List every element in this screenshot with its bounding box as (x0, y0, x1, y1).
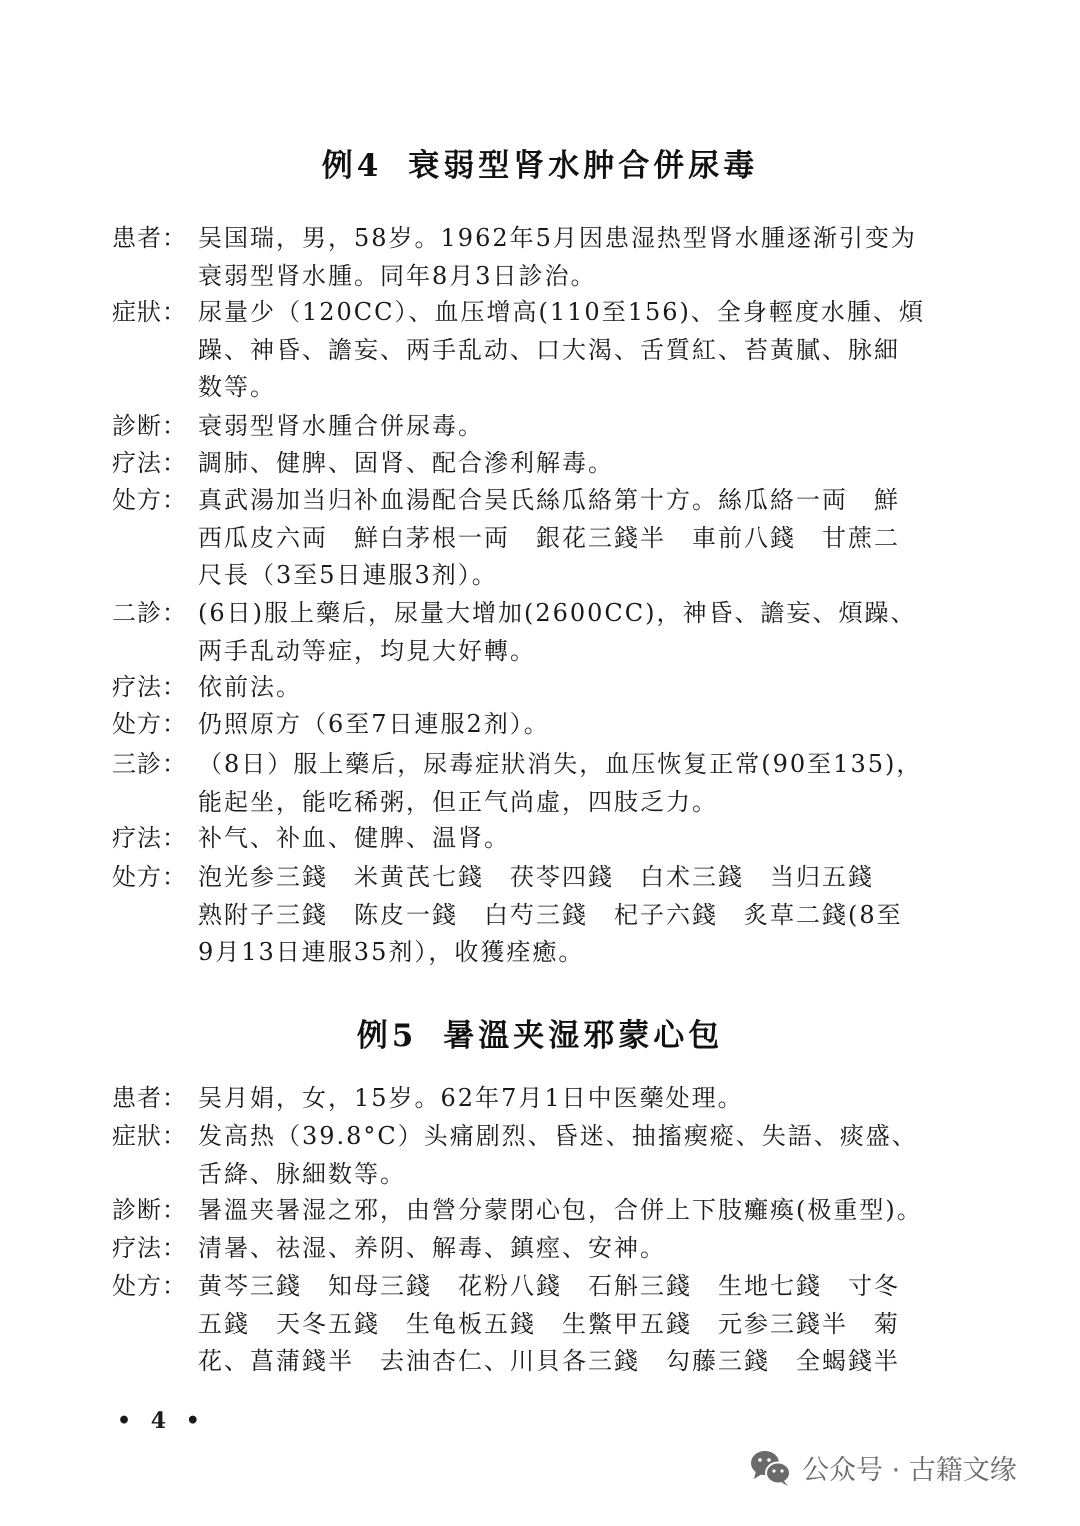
entry-line: 9月13日連服35剂），收獲痊癒。 (198, 934, 982, 972)
case5-diagnosis: 診断： 暑溫夹暑湿之邪，由營分蒙閉心包，合併上下肢癱瘓(极重型)。 (112, 1192, 982, 1230)
entry-body: 依前法。 (198, 669, 982, 707)
entry-label: 疗法： (112, 669, 198, 707)
entry-label: 疗法： (112, 1230, 198, 1268)
entry-label: 二診： (112, 595, 198, 670)
entry-line: 吴国瑞，男，58岁。1962年5月因患湿热型肾水腫逐渐引变为 (198, 220, 982, 258)
entry-line: 吴月娟，女，15岁。62年7月1日中医藥处理。 (198, 1080, 982, 1118)
watermark-text: 公众号 · 古籍文缘 (802, 1448, 1017, 1487)
entry-body: 吴月娟，女，15岁。62年7月1日中医藥处理。 (198, 1080, 982, 1118)
entry-line: 衰弱型肾水腫合併尿毒。 (198, 408, 982, 446)
case5-title: 例5暑溫夹湿邪蒙心包 (0, 1010, 1080, 1055)
entry-line: 真武湯加当归补血湯配合吴氏絲瓜絡第十方。絲瓜絡一両 鮮 (198, 482, 982, 520)
entry-line: （8日）服上藥后，尿毒症狀消失，血压恢复正常(90至135)， (198, 746, 982, 784)
entry-line: 暑溫夹暑湿之邪，由營分蒙閉心包，合併上下肢癱瘓(极重型)。 (198, 1192, 982, 1230)
case5-heading: 暑溫夹湿邪蒙心包 (443, 1018, 723, 1054)
entry-label: 患者： (112, 220, 198, 295)
entry-line: 尺長（3至5日連服3剂）。 (198, 557, 982, 595)
case4-third-visit: 三診： （8日）服上藥后，尿毒症狀消失，血压恢复正常(90至135)， 能起坐，… (112, 746, 982, 821)
entry-line: 調肺、健脾、固肾、配合滲利解毒。 (198, 445, 982, 483)
entry-label: 三診： (112, 746, 198, 821)
entry-label: 处方： (112, 1268, 198, 1381)
entry-body: 調肺、健脾、固肾、配合滲利解毒。 (198, 445, 982, 483)
entry-line: 数等。 (198, 369, 982, 407)
entry-body: 暑溫夹暑湿之邪，由營分蒙閉心包，合併上下肢癱瘓(极重型)。 (198, 1192, 982, 1230)
wechat-icon (750, 1449, 792, 1487)
entry-body: （8日）服上藥后，尿毒症狀消失，血压恢复正常(90至135)， 能起坐，能吃稀粥… (198, 746, 982, 821)
entry-label: 症狀： (112, 294, 198, 407)
entry-line: 发高热（39.8°C）头痛剧烈、昏迷、抽搐瘈瘲、失語、痰盛、 (198, 1118, 982, 1156)
entry-body: 泡光参三錢 米黄芪七錢 茯苓四錢 白术三錢 当归五錢 熟附子三錢 陈皮一錢 白芍… (198, 859, 982, 972)
entry-label: 診断： (112, 1192, 198, 1230)
entry-label: 疗法： (112, 820, 198, 858)
entry-line: 黄芩三錢 知母三錢 花粉八錢 石斛三錢 生地七錢 寸冬 (198, 1268, 982, 1306)
case4-second-visit: 二診： (6日)服上藥后，尿量大增加(2600CC)，神昏、譫妄、煩躁、 两手乱… (112, 595, 982, 670)
entry-label: 处方： (112, 859, 198, 972)
entry-line: 仍照原方（6至7日連服2剂）。 (198, 706, 982, 744)
case5-symptoms: 症狀： 发高热（39.8°C）头痛剧烈、昏迷、抽搐瘈瘲、失語、痰盛、 舌絳、脉細… (112, 1118, 982, 1193)
entry-line: 清暑、祛湿、养阴、解毒、鎮痙、安神。 (198, 1230, 982, 1268)
case4-patient: 患者： 吴国瑞，男，58岁。1962年5月因患湿热型肾水腫逐渐引变为 衰弱型肾水… (112, 220, 982, 295)
entry-label: 症狀： (112, 1118, 198, 1193)
case5-therapy: 疗法： 清暑、祛湿、养阴、解毒、鎮痙、安神。 (112, 1230, 982, 1268)
entry-body: 仍照原方（6至7日連服2剂）。 (198, 706, 982, 744)
entry-body: 补气、补血、健脾、温肾。 (198, 820, 982, 858)
entry-line: 两手乱动等症，均見大好轉。 (198, 633, 982, 671)
entry-line: 花、菖蒲錢半 去油杏仁、川貝各三錢 勾藤三錢 全蝎錢半 (198, 1343, 982, 1381)
case4-therapy: 疗法： 調肺、健脾、固肾、配合滲利解毒。 (112, 445, 982, 483)
entry-body: 真武湯加当归补血湯配合吴氏絲瓜絡第十方。絲瓜絡一両 鮮 西瓜皮六両 鮮白茅根一両… (198, 482, 982, 595)
case4-title: 例4衰弱型肾水肿合併尿毒 (0, 140, 1080, 185)
case4-therapy-2: 疗法： 依前法。 (112, 669, 982, 707)
entry-body: 衰弱型肾水腫合併尿毒。 (198, 408, 982, 446)
entry-line: 补气、补血、健脾、温肾。 (198, 820, 982, 858)
case4-heading: 衰弱型肾水肿合併尿毒 (408, 148, 758, 184)
page-number: • 4 • (117, 1408, 206, 1434)
entry-body: 发高热（39.8°C）头痛剧烈、昏迷、抽搐瘈瘲、失語、痰盛、 舌絳、脉細数等。 (198, 1118, 982, 1193)
case4-prescription-3: 处方： 泡光参三錢 米黄芪七錢 茯苓四錢 白术三錢 当归五錢 熟附子三錢 陈皮一… (112, 859, 982, 972)
case4-therapy-3: 疗法： 补气、补血、健脾、温肾。 (112, 820, 982, 858)
case4-prescription: 处方： 真武湯加当归补血湯配合吴氏絲瓜絡第十方。絲瓜絡一両 鮮 西瓜皮六両 鮮白… (112, 482, 982, 595)
entry-label: 处方： (112, 706, 198, 744)
watermark: 公众号 · 古籍文缘 (750, 1448, 1017, 1487)
entry-line: 衰弱型肾水腫。同年8月3日診治。 (198, 258, 982, 296)
entry-line: 五錢 天冬五錢 生龟板五錢 生鱉甲五錢 元参三錢半 菊 (198, 1306, 982, 1344)
case5-patient: 患者： 吴月娟，女，15岁。62年7月1日中医藥处理。 (112, 1080, 982, 1118)
entry-line: 能起坐，能吃稀粥，但正气尚虛，四肢乏力。 (198, 784, 982, 822)
entry-label: 診断： (112, 408, 198, 446)
entry-line: 舌絳、脉細数等。 (198, 1156, 982, 1194)
entry-line: 西瓜皮六両 鮮白茅根一両 銀花三錢半 車前八錢 甘蔗二 (198, 520, 982, 558)
entry-body: 黄芩三錢 知母三錢 花粉八錢 石斛三錢 生地七錢 寸冬 五錢 天冬五錢 生龟板五… (198, 1268, 982, 1381)
entry-line: 熟附子三錢 陈皮一錢 白芍三錢 杞子六錢 炙草二錢(8至 (198, 897, 982, 935)
entry-label: 处方： (112, 482, 198, 595)
entry-line: (6日)服上藥后，尿量大增加(2600CC)，神昏、譫妄、煩躁、 (198, 595, 982, 633)
entry-label: 疗法： (112, 445, 198, 483)
entry-line: 躁、神昏、譫妄、两手乱动、口大渴、舌質紅、苔黃膩、脉細 (198, 332, 982, 370)
entry-label: 患者： (112, 1080, 198, 1118)
entry-line: 尿量少（120CC）、血压增高(110至156)、全身輕度水腫、煩 (198, 294, 982, 332)
case4-number: 例4 (322, 148, 383, 184)
case5-prescription: 处方： 黄芩三錢 知母三錢 花粉八錢 石斛三錢 生地七錢 寸冬 五錢 天冬五錢 … (112, 1268, 982, 1381)
case4-diagnosis: 診断： 衰弱型肾水腫合併尿毒。 (112, 408, 982, 446)
entry-body: (6日)服上藥后，尿量大增加(2600CC)，神昏、譫妄、煩躁、 两手乱动等症，… (198, 595, 982, 670)
entry-body: 吴国瑞，男，58岁。1962年5月因患湿热型肾水腫逐渐引变为 衰弱型肾水腫。同年… (198, 220, 982, 295)
entry-body: 清暑、祛湿、养阴、解毒、鎮痙、安神。 (198, 1230, 982, 1268)
case4-prescription-2: 处方： 仍照原方（6至7日連服2剂）。 (112, 706, 982, 744)
case5-number: 例5 (357, 1018, 418, 1054)
scanned-page: 例4衰弱型肾水肿合併尿毒 患者： 吴国瑞，男，58岁。1962年5月因患湿热型肾… (0, 0, 1080, 1526)
entry-line: 泡光参三錢 米黄芪七錢 茯苓四錢 白术三錢 当归五錢 (198, 859, 982, 897)
entry-line: 依前法。 (198, 669, 982, 707)
case4-symptoms: 症狀： 尿量少（120CC）、血压增高(110至156)、全身輕度水腫、煩 躁、… (112, 294, 982, 407)
entry-body: 尿量少（120CC）、血压增高(110至156)、全身輕度水腫、煩 躁、神昏、譫… (198, 294, 982, 407)
